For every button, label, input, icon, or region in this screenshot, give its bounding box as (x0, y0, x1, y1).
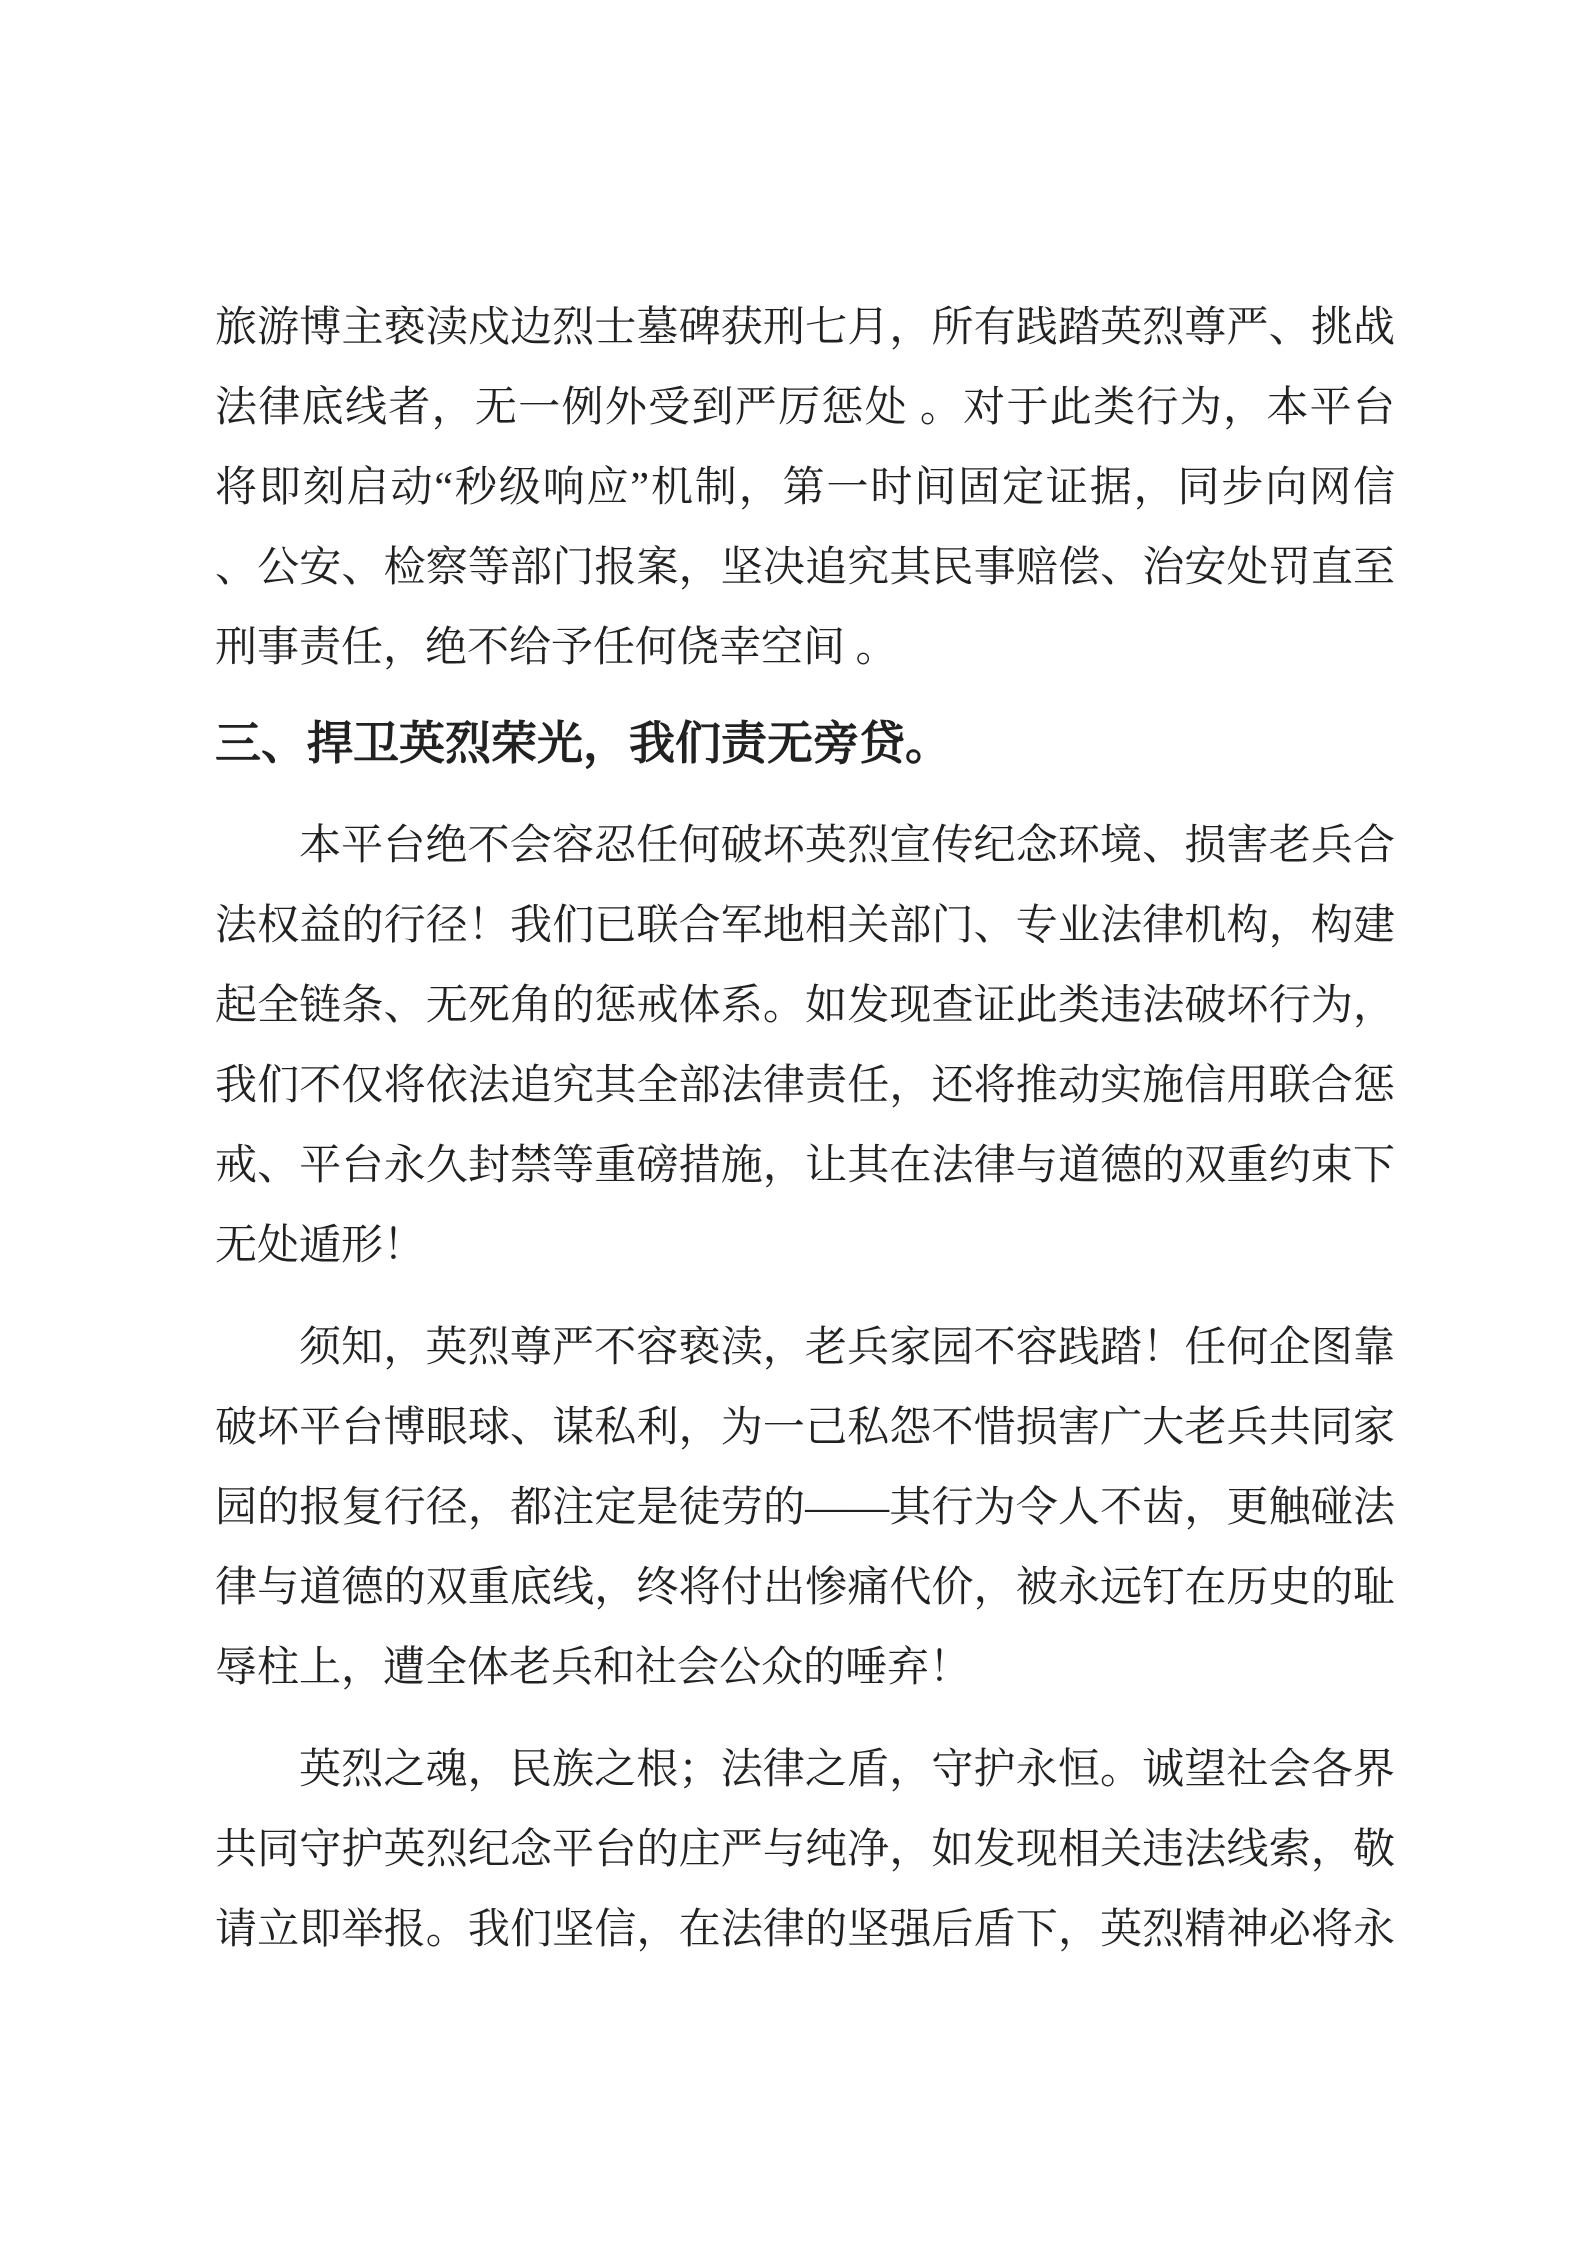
document-page: 旅游博主亵渎戍边烈士墓碑获刑七月，所有践踏英烈尊严、挑战法律底线者，无一例外受到… (0, 0, 1587, 2245)
text-line: 无处遁形！ (215, 1206, 1395, 1286)
text-line: 须知，英烈尊严不容亵渎，老兵家园不容践踏！任何企图靠 (215, 1308, 1395, 1388)
text-line: 律与道德的双重底线，终将付出惨痛代价，被永远钉在历史的耻 (215, 1548, 1395, 1628)
text-line: 刑事责任，绝不给予任何侥幸空间 。 (215, 608, 1395, 688)
text-line: 起全链条、无死角的惩戒体系。如发现查证此类违法破坏行为， (215, 966, 1395, 1046)
text-line: 戒、平台永久封禁等重磅措施，让其在法律与道德的双重约束下 (215, 1126, 1395, 1206)
text-line: 英烈之魂，民族之根；法律之盾，守护永恒。诚望社会各界 (215, 1730, 1395, 1810)
paragraph: 旅游博主亵渎戍边烈士墓碑获刑七月，所有践踏英烈尊严、挑战法律底线者，无一例外受到… (215, 288, 1395, 688)
text-line: 法权益的行径！我们已联合军地相关部门、专业法律机构，构建 (215, 886, 1395, 966)
text-line: 请立即举报。我们坚信，在法律的坚强后盾下，英烈精神必将永 (215, 1890, 1395, 1970)
text-line: 破坏平台博眼球、谋私利，为一己私怨不惜损害广大老兵共同家 (215, 1388, 1395, 1468)
paragraph: 本平台绝不会容忍任何破坏英烈宣传纪念环境、损害老兵合法权益的行径！我们已联合军地… (215, 806, 1395, 1286)
text-line: 旅游博主亵渎戍边烈士墓碑获刑七月，所有践踏英烈尊严、挑战 (215, 288, 1395, 368)
text-line: 我们不仅将依法追究其全部法律责任，还将推动实施信用联合惩 (215, 1046, 1395, 1126)
text-line: 辱柱上，遭全体老兵和社会公众的唾弃！ (215, 1628, 1395, 1708)
text-line: 共同守护英烈纪念平台的庄严与纯净，如发现相关违法线索，敬 (215, 1810, 1395, 1890)
section-heading: 三、捍卫英烈荣光，我们责无旁贷。 (215, 704, 1395, 784)
paragraph: 英烈之魂，民族之根；法律之盾，守护永恒。诚望社会各界共同守护英烈纪念平台的庄严与… (215, 1730, 1395, 1970)
text-line: 本平台绝不会容忍任何破坏英烈宣传纪念环境、损害老兵合 (215, 806, 1395, 886)
paragraph: 须知，英烈尊严不容亵渎，老兵家园不容践踏！任何企图靠破坏平台博眼球、谋私利，为一… (215, 1308, 1395, 1708)
text-line: 法律底线者，无一例外受到严厉惩处 。对于此类行为，本平台 (215, 368, 1395, 448)
text-line: 将即刻启动“秒级响应”机制，第一时间固定证据，同步向网信 (215, 448, 1395, 528)
text-line: 、公安、检察等部门报案，坚决追究其民事赔偿、治安处罚直至 (215, 528, 1395, 608)
text-line: 园的报复行径，都注定是徒劳的——其行为令人不齿，更触碰法 (215, 1468, 1395, 1548)
heading-text-line: 三、捍卫英烈荣光，我们责无旁贷。 (215, 704, 1395, 784)
